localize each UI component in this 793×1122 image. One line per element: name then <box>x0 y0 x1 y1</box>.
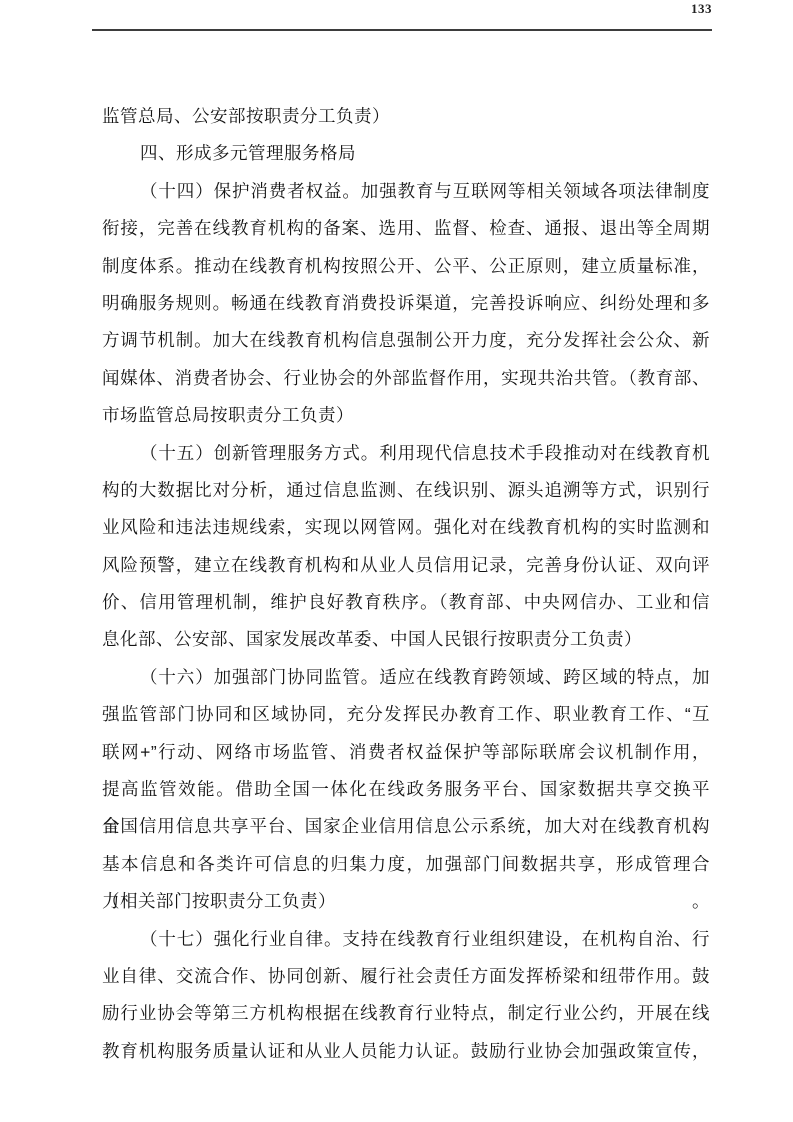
text-line: 闻媒体、消费者协会、行业协会的外部监督作用，实现共治共管。（教育部、 <box>102 360 710 397</box>
text-line: 业风险和违法违规线索，实现以网管网。强化对在线教育机构的实时监测和 <box>102 509 710 546</box>
text-line: 全国信用信息共享平台、国家企业信用信息公示系统，加大对在线教育机构 <box>102 808 710 845</box>
text-line: 联网+”行动、网络市场监管、消费者权益保护等部际联席会议机制作用， <box>102 734 710 771</box>
text-line: 监管总局、公安部按职责分工负责） <box>102 98 710 135</box>
document-body: 监管总局、公安部按职责分工负责）四、形成多元管理服务格局（十四）保护消费者权益。… <box>102 98 710 1070</box>
header-rule <box>92 29 712 31</box>
text-line: （十五）创新管理服务方式。利用现代信息技术手段推动对在线教育机 <box>102 435 710 472</box>
text-line: 市场监管总局按职责分工负责） <box>102 397 710 434</box>
text-line: 制度体系。推动在线教育机构按照公开、公平、公正原则，建立质量标准， <box>102 248 710 285</box>
document-page: 133 监管总局、公安部按职责分工负责）四、形成多元管理服务格局（十四）保护消费… <box>0 0 793 1122</box>
text-line: 基本信息和各类许可信息的归集力度，加强部门间数据共享，形成管理合力。 <box>102 846 710 883</box>
page-number: 133 <box>691 1 712 17</box>
text-line: 提高监管效能。借助全国一体化在线政务服务平台、国家数据共享交换平台、 <box>102 771 710 808</box>
text-line: （十四）保护消费者权益。加强教育与互联网等相关领域各项法律制度 <box>102 173 710 210</box>
text-line: 强监管部门协同和区域协同，充分发挥民办教育工作、职业教育工作、“互 <box>102 696 710 733</box>
text-line: 四、形成多元管理服务格局 <box>102 135 710 172</box>
text-line: （十七）强化行业自律。支持在线教育行业组织建设，在机构自治、行 <box>102 921 710 958</box>
text-line: 风险预警，建立在线教育机构和从业人员信用记录，完善身份认证、双向评 <box>102 547 710 584</box>
text-line: 构的大数据比对分析，通过信息监测、在线识别、源头追溯等方式，识别行 <box>102 472 710 509</box>
text-line: 衔接，完善在线教育机构的备案、选用、监督、检查、通报、退出等全周期 <box>102 210 710 247</box>
text-line: 价、信用管理机制，维护良好教育秩序。（教育部、中央网信办、工业和信 <box>102 584 710 621</box>
text-line: 教育机构服务质量认证和从业人员能力认证。鼓励行业协会加强政策宣传， <box>102 1033 710 1070</box>
text-line: 方调节机制。加大在线教育机构信息强制公开力度，充分发挥社会公众、新 <box>102 322 710 359</box>
text-line: 明确服务规则。畅通在线教育消费投诉渠道，完善投诉响应、纠纷处理和多 <box>102 285 710 322</box>
text-line: （十六）加强部门协同监管。适应在线教育跨领域、跨区域的特点，加 <box>102 659 710 696</box>
text-line: 业自律、交流合作、协同创新、履行社会责任方面发挥桥梁和纽带作用。鼓 <box>102 958 710 995</box>
text-line: 息化部、公安部、国家发展改革委、中国人民银行按职责分工负责） <box>102 621 710 658</box>
text-line: 励行业协会等第三方机构根据在线教育行业特点，制定行业公约，开展在线 <box>102 995 710 1032</box>
